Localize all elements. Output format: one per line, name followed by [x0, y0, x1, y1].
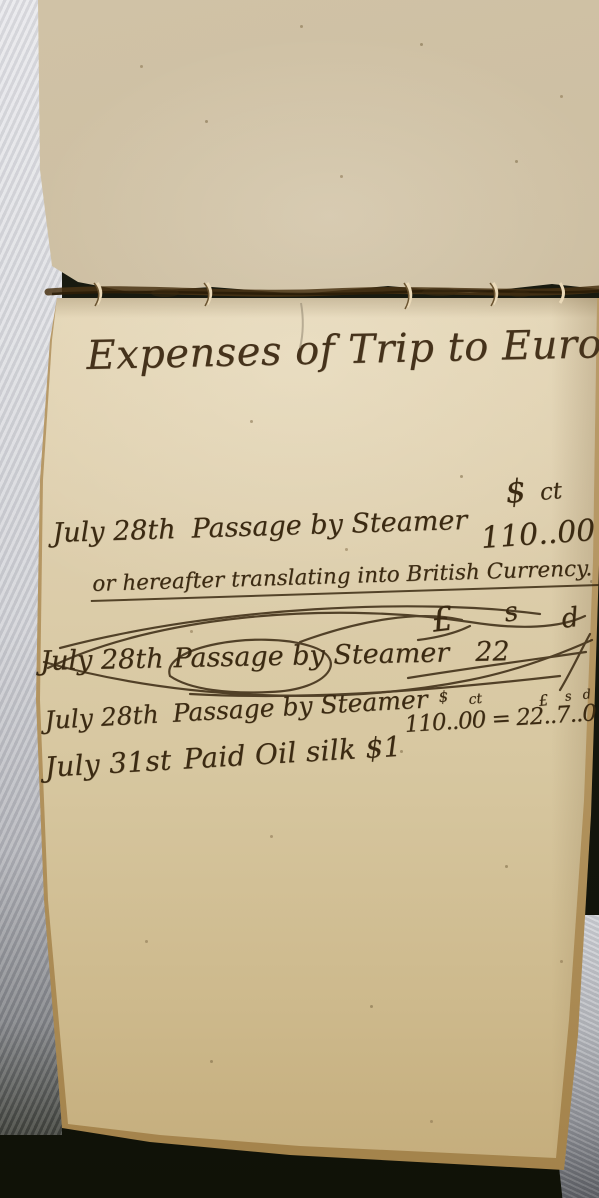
entry-description: Paid Oil silk $1 — [182, 730, 402, 776]
entry-amount-dollars: 110..00 — [480, 516, 596, 554]
entry-description: Passage by Steamer — [172, 685, 429, 728]
pence-label-header: d — [560, 604, 580, 633]
currency-header-dollars: $ct — [504, 471, 563, 508]
entry-description: Passage by Steamer — [191, 505, 468, 545]
ledger-entry-struck-out: July 28thPassage by Steamer22 — [40, 638, 510, 675]
ledger-entry-oilsilk: July 31stPaid Oil silk $1 — [44, 733, 402, 782]
photo-of-handwritten-ledger: Expenses of Trip to Europe. $ct July 28t… — [0, 0, 599, 1198]
cents-label-header: ct — [539, 478, 563, 506]
cents-label-small: ct — [468, 692, 483, 707]
currency-conversion-note: or hereafter translating into British Cu… — [90, 557, 599, 601]
shillings-label-header: s — [502, 598, 520, 627]
entry-description: Passage by Steamer — [173, 637, 449, 674]
ledger-entry-conversion: July 28thPassage by Steamer — [44, 687, 428, 733]
pound-sign-header: £ — [430, 601, 455, 636]
entry-date: July 31st — [44, 743, 173, 783]
entry-date: July 28th — [44, 700, 160, 735]
handwriting-layer: Expenses of Trip to Europe. $ct July 28t… — [0, 0, 599, 1198]
entry-date: July 28th — [52, 514, 176, 549]
dollar-sign-small: $ — [438, 689, 449, 705]
ledger-entry-passage: July 28thPassage by Steamer — [52, 507, 468, 547]
entry-amount-converted: 110..00 = 22..7..0 — [404, 702, 597, 737]
entry-amount-pounds: 22 — [475, 636, 510, 668]
entry-date: July 28th — [40, 643, 164, 677]
dollar-sign-header: $ — [504, 471, 528, 511]
ledger-title: Expenses of Trip to Europe. — [86, 323, 599, 376]
